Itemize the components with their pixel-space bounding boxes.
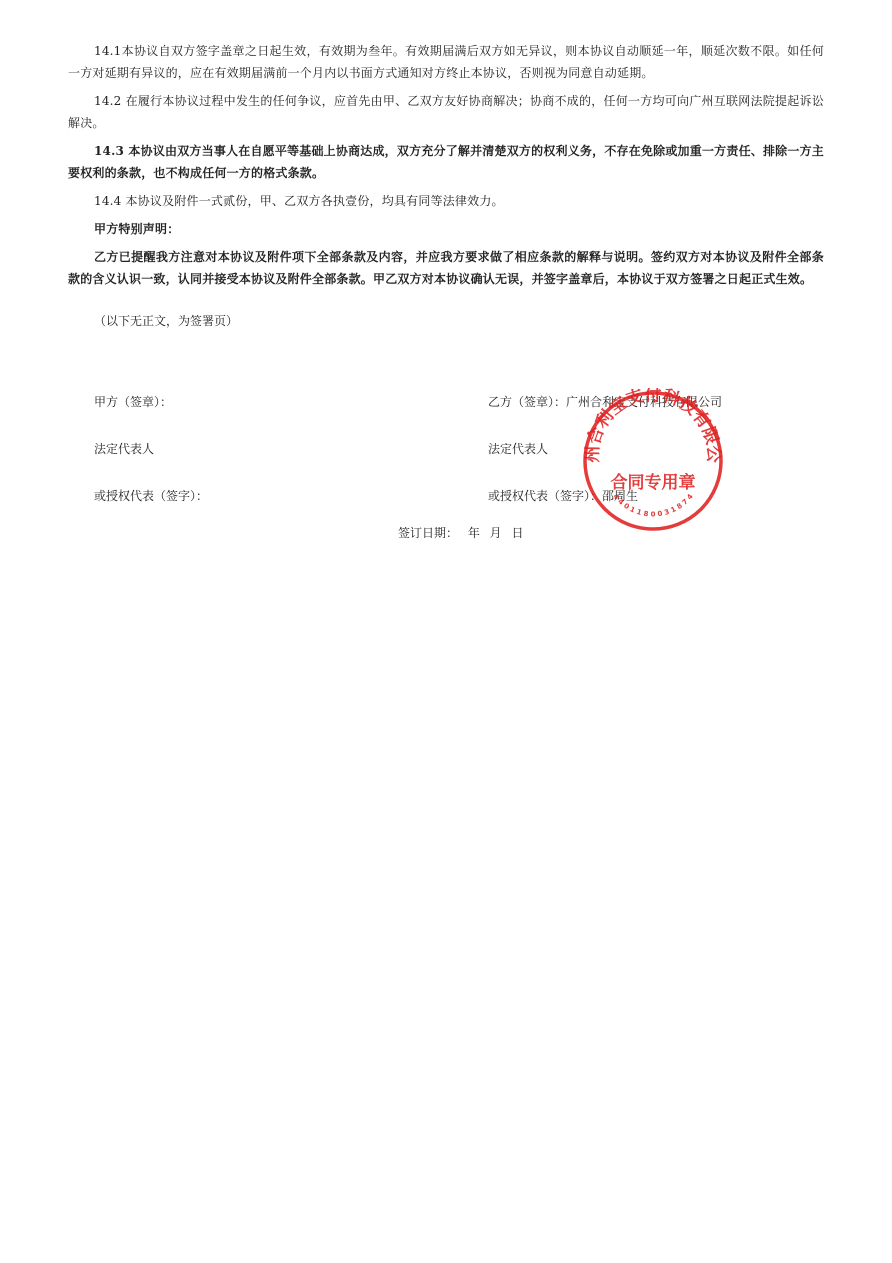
party-b-legal-rep-label: 法定代表人 [488, 440, 548, 457]
company-seal-icon: 广州合利宝支付科技有限公司 合同专用章 4 4 0 1 1 8 0 0 3 1 … [580, 388, 726, 534]
party-a-seal-label: 甲方（签章）： [94, 393, 172, 410]
statement-title: 甲方特别声明： [68, 218, 824, 240]
statement-body: 乙方已提醒我方注意对本协议及附件项下全部条款及内容，并应我方要求做了相应条款的解… [68, 246, 824, 290]
party-a-authorized-label: 或授权代表（签字）： [94, 487, 208, 504]
svg-text:合同专用章: 合同专用章 [611, 472, 696, 493]
sign-date: 签订日期： 年 月 日 [398, 524, 523, 541]
svg-text:4 4 0 1 1 8 0 0 3 1 8 7 4: 4 4 0 1 1 8 0 0 3 1 8 7 4 [611, 492, 695, 518]
clause-14-3: 14.3 本协议由双方当事人在自愿平等基础上协商达成，双方充分了解并清楚双方的权… [68, 140, 824, 184]
svg-text:广州合利宝支付科技有限公司: 广州合利宝支付科技有限公司 [580, 388, 723, 463]
party-a-legal-rep-label: 法定代表人 [94, 440, 154, 457]
no-further-text-note: （以下无正文，为签署页） [94, 312, 238, 329]
contract-body: 14.1本协议自双方签字盖章之日起生效，有效期为叁年。有效期届满后双方如无异议，… [68, 40, 824, 296]
clause-14-2: 14.2 在履行本协议过程中发生的任何争议，应首先由甲、乙双方友好协商解决；协商… [68, 90, 824, 134]
clause-14-4: 14.4 本协议及附件一式贰份，甲、乙双方各执壹份，均具有同等法律效力。 [68, 190, 824, 212]
clause-14-1: 14.1本协议自双方签字盖章之日起生效，有效期为叁年。有效期届满后双方如无异议，… [68, 40, 824, 84]
